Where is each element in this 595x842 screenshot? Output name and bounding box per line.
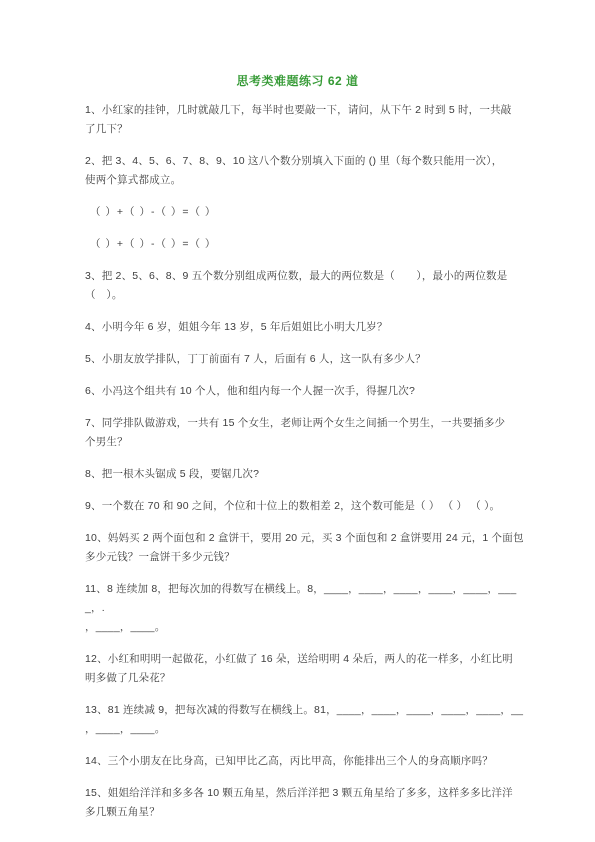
question-1: 1、小红家的挂钟，几时就敲几下，每半时也要敲一下，请问，从下午 2 时到 5 时… <box>85 101 533 139</box>
question-8: 8、把一根木头锯成 5 段，要锯几次? <box>85 465 533 484</box>
question-13: 13、81 连续减 9，把每次减的得数写在横线上。81，____，____，__… <box>85 701 533 739</box>
question-10: 10、妈妈买 2 两个面包和 2 盒饼干，要用 20 元，买 3 个面包和 2 … <box>85 529 533 567</box>
question-7: 7、同学排队做游戏，一共有 15 个女生，老师让两个女生之间插一个男生，一共要插… <box>85 414 533 452</box>
page-title: 思考类难题练习 62 道 <box>85 72 510 91</box>
question-4: 4、小明今年 6 岁，姐姐今年 13 岁，5 年后姐姐比小明大几岁？ <box>85 318 533 337</box>
equation-1: （ ）+（ ）-（ ）=（ ） <box>85 203 533 222</box>
question-6: 6、小冯这个组共有 10 个人，他和组内每一个人握一次手，得握几次? <box>85 382 533 401</box>
question-9: 9、一个数在 70 和 90 之间，个位和十位上的数相差 2，这个数可能是（ ）… <box>85 497 533 516</box>
question-12: 12、小红和明明一起做花，小红做了 16 朵，送给明明 4 朵后，两人的花一样多… <box>85 650 533 688</box>
question-5: 5、小朋友放学排队，丁丁前面有 7 人，后面有 6 人，这一队有多少人？ <box>85 350 533 369</box>
equation-2: （ ）+（ ）-（ ）=（ ） <box>85 235 533 254</box>
question-2: 2、把 3、4、5、6、7、8、9、10 这八个数分别填入下面的 () 里（每个… <box>85 152 533 190</box>
question-11: 11、8 连续加 8，把每次加的得数写在横线上。8，____，____，____… <box>85 580 533 637</box>
question-15: 15、姐姐给洋洋和多多各 10 颗五角星，然后洋洋把 3 颗五角星给了多多，这样… <box>85 784 533 822</box>
question-list: 1、小红家的挂钟，几时就敲几下，每半时也要敲一下，请问，从下午 2 时到 5 时… <box>85 101 533 822</box>
question-3: 3、把 2、5、6、8、9 五个数分别组成两位数，最大的两位数是（ ），最小的两… <box>85 267 533 305</box>
question-14: 14、三个小朋友在比身高，已知甲比乙高，丙比甲高，你能排出三个人的身高顺序吗？ <box>85 752 533 771</box>
document-page: 思考类难题练习 62 道 1、小红家的挂钟，几时就敲几下，每半时也要敲一下，请问… <box>0 0 595 842</box>
